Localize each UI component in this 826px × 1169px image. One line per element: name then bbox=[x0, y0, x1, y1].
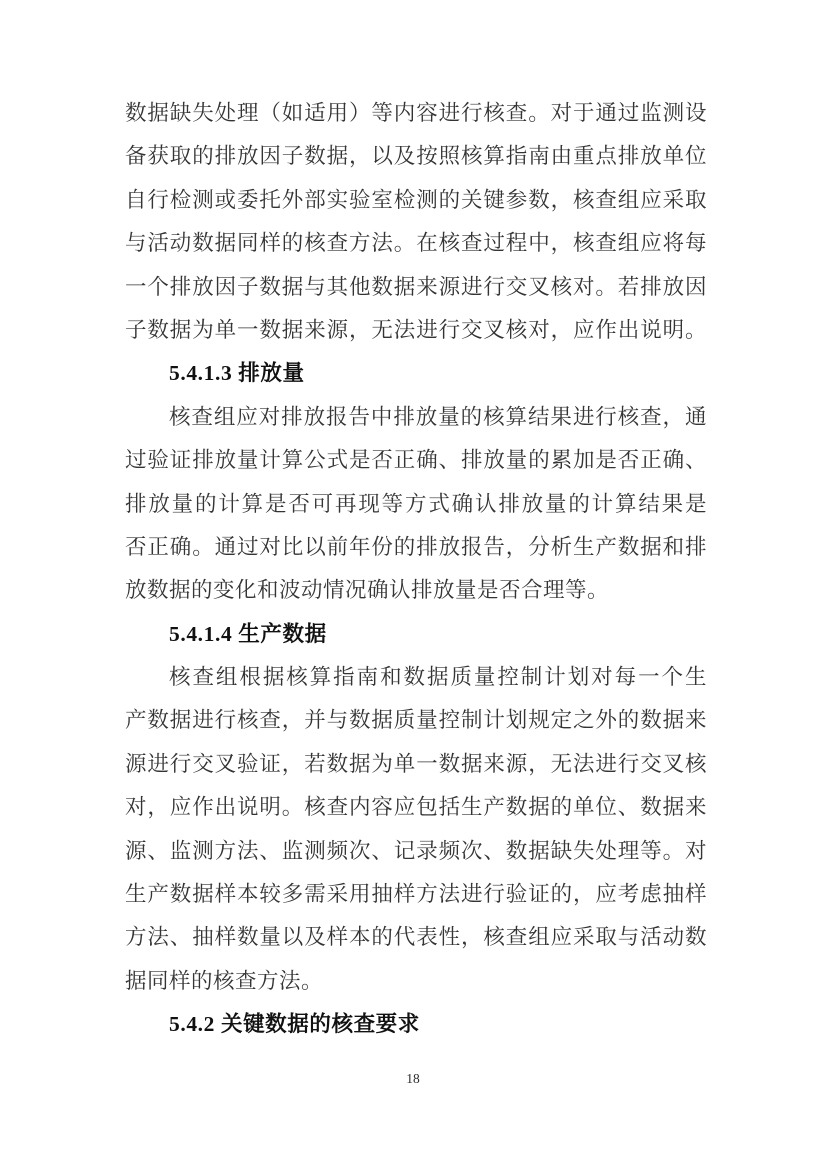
text-line: 子数据为单一数据来源，无法进行交叉核对，应作出说明。 bbox=[125, 309, 707, 352]
section-heading-5-4-2: 5.4.2 关键数据的核查要求 bbox=[125, 1003, 707, 1046]
text-line: 排放量的计算是否可再现等方式确认排放量的计算结果是 bbox=[125, 483, 707, 526]
text-line: 与活动数据同样的核查方法。在核查过程中，核查组应将每 bbox=[125, 222, 707, 265]
text-line: 方法、抽样数量以及样本的代表性，核查组应采取与活动数 bbox=[125, 916, 707, 959]
section-heading-5-4-1-3: 5.4.1.3 排放量 bbox=[125, 352, 707, 395]
paragraph-emissions-quantity: 核查组应对排放报告中排放量的核算结果进行核查，通 过验证排放量计算公式是否正确、… bbox=[125, 396, 707, 613]
text-line: 否正确。通过对比以前年份的排放报告，分析生产数据和排 bbox=[125, 526, 707, 569]
text-line: 产数据进行核查，并与数据质量控制计划规定之外的数据来 bbox=[125, 699, 707, 742]
text-line: 源、监测方法、监测频次、记录频次、数据缺失处理等。对 bbox=[125, 830, 707, 873]
text-line: 据同样的核查方法。 bbox=[125, 960, 707, 1003]
text-line: 放数据的变化和波动情况确认排放量是否合理等。 bbox=[125, 569, 707, 612]
paragraph-data-gap-handling: 数据缺失处理（如适用）等内容进行核查。对于通过监测设 备获取的排放因子数据，以及… bbox=[125, 92, 707, 352]
text-line: 核查组根据核算指南和数据质量控制计划对每一个生 bbox=[125, 656, 707, 699]
text-line: 备获取的排放因子数据，以及按照核算指南由重点排放单位 bbox=[125, 135, 707, 178]
paragraph-production-data: 核查组根据核算指南和数据质量控制计划对每一个生 产数据进行核查，并与数据质量控制… bbox=[125, 656, 707, 1003]
text-line: 自行检测或委托外部实验室检测的关键参数，核查组应采取 bbox=[125, 179, 707, 222]
text-line: 对，应作出说明。核查内容应包括生产数据的单位、数据来 bbox=[125, 786, 707, 829]
text-line: 过验证排放量计算公式是否正确、排放量的累加是否正确、 bbox=[125, 439, 707, 482]
text-line: 核查组应对排放报告中排放量的核算结果进行核查，通 bbox=[125, 396, 707, 439]
text-line: 源进行交叉验证，若数据为单一数据来源，无法进行交叉核 bbox=[125, 743, 707, 786]
text-line: 数据缺失处理（如适用）等内容进行核查。对于通过监测设 bbox=[125, 92, 707, 135]
text-line: 生产数据样本较多需采用抽样方法进行验证的，应考虑抽样 bbox=[125, 873, 707, 916]
text-line: 一个排放因子数据与其他数据来源进行交叉核对。若排放因 bbox=[125, 266, 707, 309]
document-page: 数据缺失处理（如适用）等内容进行核查。对于通过监测设 备获取的排放因子数据，以及… bbox=[0, 0, 826, 1169]
page-number: 18 bbox=[0, 1070, 826, 1088]
page-body-text: 数据缺失处理（如适用）等内容进行核查。对于通过监测设 备获取的排放因子数据，以及… bbox=[125, 92, 707, 1047]
section-heading-5-4-1-4: 5.4.1.4 生产数据 bbox=[125, 613, 707, 656]
